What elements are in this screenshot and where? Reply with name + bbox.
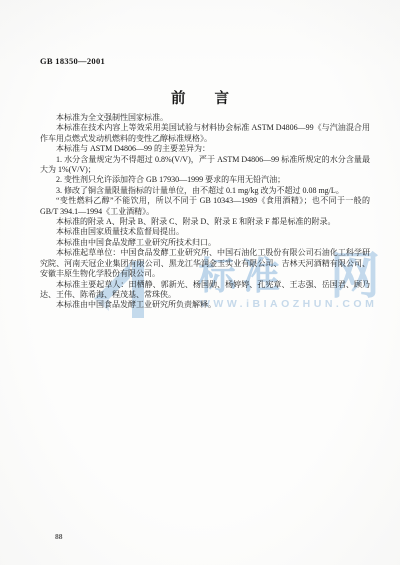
page-title: 前 言 [0,87,400,108]
foreword-body: 本标准为全文强制性国家标准。 本标准在技术内容上等效采用美国试验与材料协会标准 … [40,113,370,311]
standard-code: GB 18350—2001 [40,56,105,66]
foreword-paragraph: 本标准由中国食品发酵工业研究所负责解释。 [40,300,370,310]
foreword-difference-item: 1. 水分含量规定为不得超过 0.8%(V/V)，严于 ASTM D4806—9… [40,155,370,176]
foreword-paragraph: “变性燃料乙醇”不能饮用，所以不同于 GB 10343—1989《食用酒精》；也… [40,196,370,217]
foreword-paragraph: 本标准为全文强制性国家标准。 [40,113,370,123]
foreword-paragraph: 本标准由中国食品发酵工业研究所技术归口。 [40,238,370,248]
foreword-difference-item: 2. 变性剂只允许添加符合 GB 17930—1999 要求的车用无铅汽油； [40,175,370,185]
document-page: 标准 网 WWW.iBIAOZHUN.COM GB 18350—2001 前 言… [0,0,400,565]
foreword-difference-item: 3. 修改了铜含量限量指标的计量单位，由不超过 0.1 mg/kg 改为不超过 … [40,186,370,196]
foreword-paragraph: 本标准的附录 A、附录 B、附录 C、附录 D、附录 E 和附录 F 都是标准的… [40,217,370,227]
foreword-paragraph: 本标准在技术内容上等效采用美国试验与材料协会标准 ASTM D4806—99《与… [40,123,370,144]
foreword-paragraph: 本标准由国家质量技术监督局提出。 [40,227,370,237]
foreword-paragraph: 本标准与 ASTM D4806—99 的主要差异为： [40,144,370,154]
foreword-drafters: 本标准主要起草人：田栖静、郭新光、杨国勋、杨婷婷、孔宪章、王志强、岳国君、顾乃达… [40,280,370,301]
page-number: 88 [55,532,63,541]
foreword-drafting-units: 本标准起草单位：中国食品发酵工业研究所、中国石油化工股份有限公司石油化工科学研究… [40,248,370,279]
